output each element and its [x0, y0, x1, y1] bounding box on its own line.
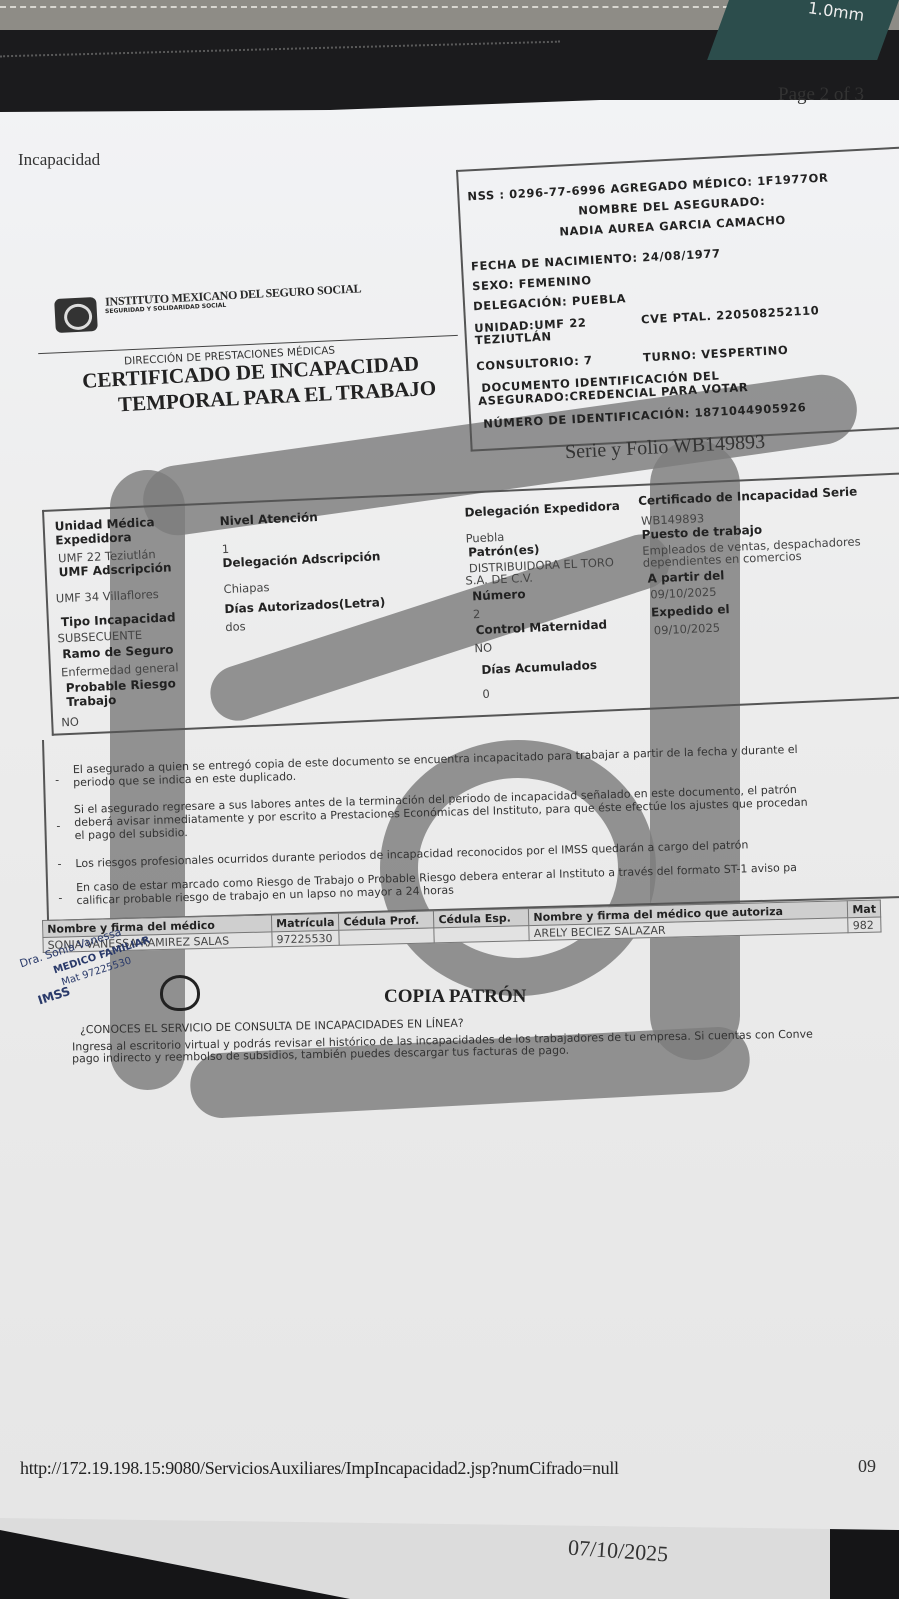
medico-cedula-prof [339, 928, 434, 945]
print-url: http://172.19.198.15:9080/ServiciosAuxil… [20, 1458, 619, 1479]
notice-1-line1: El asegurado a quien se entregó copia de… [73, 743, 798, 776]
background-tape: 1.0mm [707, 0, 899, 60]
maternidad-label: Control Maternidad [475, 617, 607, 637]
unidad-medica-label: Unidad Médica Expedidora [54, 515, 165, 548]
delegation: DELEGACIÓN: PUEBLA [473, 291, 627, 313]
authorizing-medico-mat: 982 [848, 917, 881, 933]
umf-adscripcion-value: UMF 34 Villaflores [56, 587, 159, 605]
notices-box: - El asegurado a quien se entregó copia … [42, 716, 899, 922]
shift: TURNO: VESPERTINO [643, 343, 789, 365]
signature-mark [160, 975, 200, 1011]
insured-info-box: NSS : 0296-77-6996 AGREGADO MÉDICO: 1F19… [456, 146, 899, 451]
imss-logo-icon [54, 297, 98, 333]
header-mat: Mat [848, 900, 881, 918]
page-number: Page 2 of 3 [778, 84, 864, 106]
patron-label: Patrón(es) [468, 542, 540, 559]
dias-autorizados-label: Días Autorizados(Letra) [224, 595, 385, 616]
page-header-title: Incapacidad [18, 150, 100, 170]
a-partir-label: A partir del [647, 568, 724, 585]
expedido-value: 09/10/2025 [654, 621, 721, 638]
insured-name-label: NOMBRE DEL ASEGURADO: [578, 194, 766, 218]
maternidad-value: NO [474, 641, 492, 656]
header-matricula: Matrícula [271, 913, 339, 932]
numero-value: 2 [473, 607, 481, 621]
tape-label: 1.0mm [807, 0, 866, 25]
underlying-page-date: 07/10/2025 [567, 1535, 669, 1568]
riesgo-trabajo-value: NO [61, 715, 79, 730]
dias-autorizados-value: dos [225, 619, 246, 634]
expedido-label: Expedido el [651, 602, 730, 619]
dias-acumulados-label: Días Acumulados [481, 658, 597, 677]
nivel-atencion-label: Nivel Atención [219, 510, 318, 528]
tipo-incapacidad-label: Tipo Incapacidad [61, 610, 176, 629]
patron-line2: S.A. DE C.V. [465, 571, 533, 588]
numero-label: Número [472, 587, 526, 603]
nivel-atencion-value: 1 [222, 542, 230, 556]
sex: SEXO: FEMENINO [472, 273, 592, 293]
medico-matricula: 97225530 [272, 930, 340, 947]
certificado-serie-label: Certificado de Incapacidad Serie [638, 484, 858, 508]
delegacion-adscripcion-label: Delegación Adscripción [222, 549, 380, 570]
tipo-incapacidad-value: SUBSECUENTE [57, 628, 142, 646]
certificate-details-box: Unidad Médica Expedidora UMF 22 Teziutlá… [42, 472, 899, 736]
a-partir-value: 09/10/2025 [650, 585, 717, 602]
postal-code: CVE PTAL. 220508252110 [641, 303, 820, 326]
dias-acumulados-value: 0 [482, 687, 490, 701]
ramo-seguro-label: Ramo de Seguro [62, 642, 174, 661]
copy-label: COPIA PATRÓN [384, 986, 526, 1008]
nss-line: NSS : 0296-77-6996 AGREGADO MÉDICO: 1F19… [467, 171, 829, 204]
riesgo-trabajo-label: Probable Riesgo Trabajo [65, 676, 186, 709]
zipper [0, 41, 560, 58]
medico-cedula-esp [434, 926, 529, 943]
unit-line2: TEZIUTLÁN [475, 329, 552, 347]
notice-2-line3: el pago del subsidio. [75, 826, 188, 842]
birth-date: FECHA DE NACIMIENTO: 24/08/1977 [471, 246, 721, 273]
office: CONSULTORIO: 7 [476, 353, 593, 373]
delegacion-expedidora-label: Delegación Expedidora [464, 499, 620, 520]
print-date-partial: 09 [858, 1456, 876, 1477]
delegacion-adscripcion-value: Chiapas [223, 580, 269, 596]
